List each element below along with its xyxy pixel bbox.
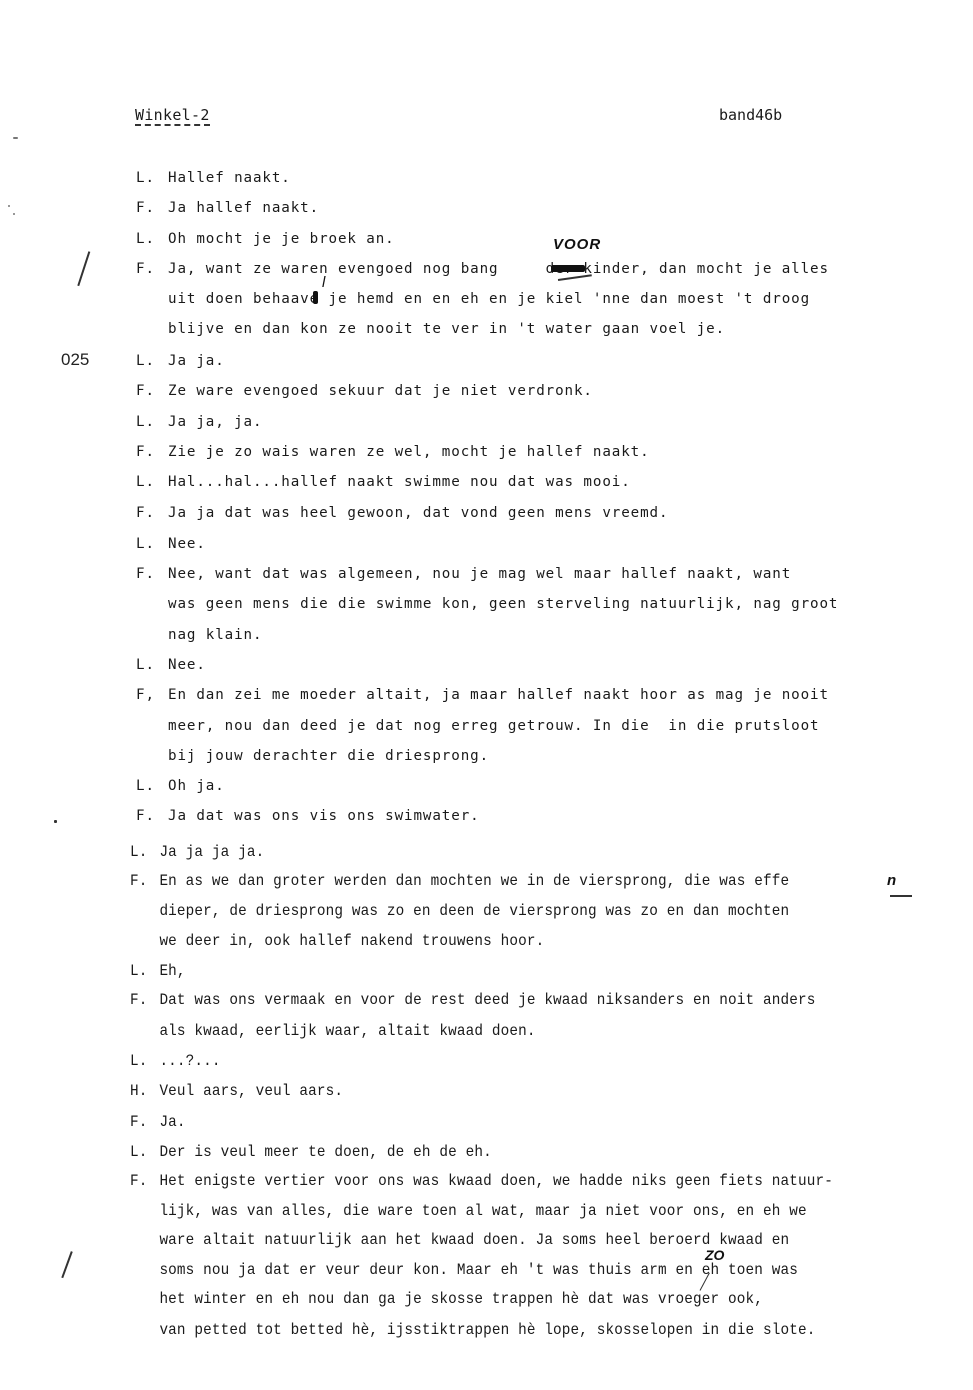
transcript-line: blijve en dan kon ze nooit te ver in 't … [136, 319, 725, 339]
utterance-text: Ja ja dat was heel gewoon, dat vond geen… [168, 505, 668, 521]
speaker-label: L. [136, 229, 168, 249]
speck [13, 137, 18, 139]
transcript-line: F.Ze ware evengoed sekuur dat je niet ve… [136, 381, 593, 401]
transcript-line: F.Dat was ons vermaak en voor de rest de… [130, 990, 815, 1010]
utterance-text: we deer in, ook hallef nakend trouwens h… [159, 932, 544, 950]
utterance-text: Hallef naakt. [168, 170, 291, 186]
speck [54, 820, 57, 823]
transcript-line: lijk, was van alles, die ware toen al wa… [130, 1201, 807, 1221]
speaker-label: F. [136, 381, 168, 401]
utterance-text: Nee. [168, 657, 206, 673]
transcript-line: dieper, de driesprong was zo en deen de … [130, 901, 789, 921]
utterance-text: ware altait natuurlijk aan het kwaad doe… [159, 1231, 789, 1249]
speaker-label: F. [136, 259, 168, 279]
utterance-text: dieper, de driesprong was zo en deen de … [159, 902, 789, 920]
transcript-line: was geen mens die die swimme kon, geen s… [136, 594, 838, 614]
speaker-label: F. [130, 871, 159, 891]
utterance-text: Ja ja ja ja. [159, 843, 264, 861]
transcript-line: van petted tot betted hè, ijsstiktrappen… [130, 1320, 815, 1340]
speaker-label: L. [136, 412, 168, 432]
utterance-text: En as we dan groter werden dan mochten w… [159, 872, 789, 890]
utterance-text: nag klain. [168, 627, 262, 643]
speaker-label: H. [130, 1081, 159, 1101]
transcript-line: L.Ja ja ja ja. [130, 842, 264, 862]
utterance-text: Eh, [159, 962, 185, 980]
transcript-line: L.Oh mocht je je broek an. [136, 229, 395, 249]
transcript-line: L.Nee. [136, 534, 206, 554]
utterance-text: Zie je zo wais waren ze wel, mocht je ha… [168, 444, 650, 460]
utterance-text: Het enigste vertier voor ons was kwaad d… [159, 1172, 833, 1190]
speck [13, 213, 15, 215]
speaker-label: F. [136, 442, 168, 462]
utterance-text: Hal...hal...hallef naakt swimme nou dat … [168, 474, 631, 490]
utterance-text: Oh ja. [168, 778, 225, 794]
utterance-text: Dat was ons vermaak en voor de rest deed… [159, 991, 815, 1009]
speaker-label: L. [136, 776, 168, 796]
handwritten-voor: VOOR [553, 236, 601, 253]
transcript-line: L....?... [130, 1051, 221, 1071]
utterance-text: Ja ja. [168, 353, 225, 369]
underline-mark [890, 895, 912, 897]
speaker-label: L. [136, 168, 168, 188]
transcript-line: als kwaad, eerlijk waar, altait kwaad do… [130, 1021, 536, 1041]
speaker-label: F. [136, 503, 168, 523]
transcript-page: Winkel-2 band46b 025 L.Hallef naakt.F.Ja… [0, 0, 973, 1390]
handwritten-n: n [887, 872, 896, 889]
transcript-line: uit doen behaave je hemd en en eh en je … [136, 289, 810, 309]
transcript-line: L.Hallef naakt. [136, 168, 291, 188]
speaker-label: L. [136, 351, 168, 371]
speaker-label: L. [130, 1051, 159, 1071]
speaker-label: F. [136, 198, 168, 218]
transcript-line: L.Ja ja. [136, 351, 225, 371]
transcript-line: F.Ja hallef naakt. [136, 198, 319, 218]
speaker-label: L. [130, 842, 159, 862]
transcript-line: meer, nou dan deed je dat nog erreg getr… [136, 716, 819, 736]
speaker-label: F. [130, 990, 159, 1010]
transcript-line: L.Eh, [130, 961, 186, 981]
utterance-text: Veul aars, veul aars. [159, 1082, 343, 1100]
utterance-text: soms nou ja dat er veur deur kon. Maar e… [159, 1261, 798, 1279]
transcript-line: F.Zie je zo wais waren ze wel, mocht je … [136, 442, 650, 462]
transcript-line: L.Der is veul meer te doen, de eh de eh. [130, 1142, 492, 1162]
transcript-line: F.Ja. [130, 1112, 186, 1132]
transcript-line: L.Hal...hal...hallef naakt swimme nou da… [136, 472, 631, 492]
margin-slash-mark-2 [61, 1251, 72, 1278]
utterance-text: Ja hallef naakt. [168, 200, 319, 216]
transcript-line: L.Oh ja. [136, 776, 225, 796]
utterance-text: Ja dat was ons vis ons swimwater. [168, 808, 480, 824]
utterance-text: Ja, want ze waren evengoed nog bang der … [168, 261, 829, 277]
utterance-text: het winter en eh nou dan ga je skosse tr… [159, 1290, 763, 1308]
utterance-text: Ze ware evengoed sekuur dat je niet verd… [168, 383, 593, 399]
speaker-label: L. [136, 472, 168, 492]
utterance-text: Nee. [168, 536, 206, 552]
transcript-line: soms nou ja dat er veur deur kon. Maar e… [130, 1260, 798, 1280]
document-title: Winkel-2 [135, 106, 210, 126]
transcript-line: nag klain. [136, 625, 262, 645]
speaker-label: F. [130, 1112, 159, 1132]
utterance-text: blijve en dan kon ze nooit te ver in 't … [168, 321, 725, 337]
utterance-text: Nee, want dat was algemeen, nou je mag w… [168, 566, 791, 582]
transcript-line: F.Ja dat was ons vis ons swimwater. [136, 806, 480, 826]
utterance-text: ...?... [159, 1052, 220, 1070]
transcript-line: F,En dan zei me moeder altait, ja maar h… [136, 685, 829, 705]
margin-line-number: 025 [61, 350, 89, 370]
utterance-text: uit doen behaave je hemd en en eh en je … [168, 291, 810, 307]
transcript-line: L.Nee. [136, 655, 206, 675]
utterance-text: Oh mocht je je broek an. [168, 231, 395, 247]
utterance-text: bij jouw derachter die driesprong. [168, 748, 489, 764]
utterance-text: Ja ja, ja. [168, 414, 262, 430]
utterance-text: meer, nou dan deed je dat nog erreg getr… [168, 718, 819, 734]
transcript-line: F.Ja, want ze waren evengoed nog bang de… [136, 259, 829, 279]
speaker-label: F, [136, 685, 168, 705]
transcript-line: F.En as we dan groter werden dan mochten… [130, 871, 789, 891]
speaker-label: F. [136, 806, 168, 826]
tape-label: band46b [719, 106, 782, 124]
transcript-line: we deer in, ook hallef nakend trouwens h… [130, 931, 544, 951]
transcript-line: ware altait natuurlijk aan het kwaad doe… [130, 1230, 789, 1250]
transcript-line: L.Ja ja, ja. [136, 412, 262, 432]
strike-blot [551, 265, 585, 272]
utterance-text: En dan zei me moeder altait, ja maar hal… [168, 687, 829, 703]
speaker-label: L. [136, 534, 168, 554]
transcript-line: H.Veul aars, veul aars. [130, 1081, 343, 1101]
speaker-label: F. [130, 1171, 159, 1191]
transcript-line: F.Ja ja dat was heel gewoon, dat vond ge… [136, 503, 668, 523]
strike-blot-2 [313, 291, 318, 304]
speaker-label: F. [136, 564, 168, 584]
handwritten-l: l [322, 274, 325, 291]
speaker-label: L. [136, 655, 168, 675]
handwritten-zo: ZO [705, 1247, 724, 1263]
transcript-line: F.Nee, want dat was algemeen, nou je mag… [136, 564, 791, 584]
utterance-text: Der is veul meer te doen, de eh de eh. [159, 1143, 491, 1161]
speaker-label: L. [130, 961, 159, 981]
transcript-line: F.Het enigste vertier voor ons was kwaad… [130, 1171, 833, 1191]
speaker-label: L. [130, 1142, 159, 1162]
utterance-text: van petted tot betted hè, ijsstiktrappen… [159, 1321, 815, 1339]
utterance-text: als kwaad, eerlijk waar, altait kwaad do… [159, 1022, 535, 1040]
speck [8, 205, 10, 207]
utterance-text: Ja. [159, 1113, 185, 1131]
utterance-text: was geen mens die die swimme kon, geen s… [168, 596, 838, 612]
transcript-line: bij jouw derachter die driesprong. [136, 746, 489, 766]
utterance-text: lijk, was van alles, die ware toen al wa… [159, 1202, 806, 1220]
transcript-line: het winter en eh nou dan ga je skosse tr… [130, 1289, 763, 1309]
margin-slash-mark [77, 251, 90, 286]
